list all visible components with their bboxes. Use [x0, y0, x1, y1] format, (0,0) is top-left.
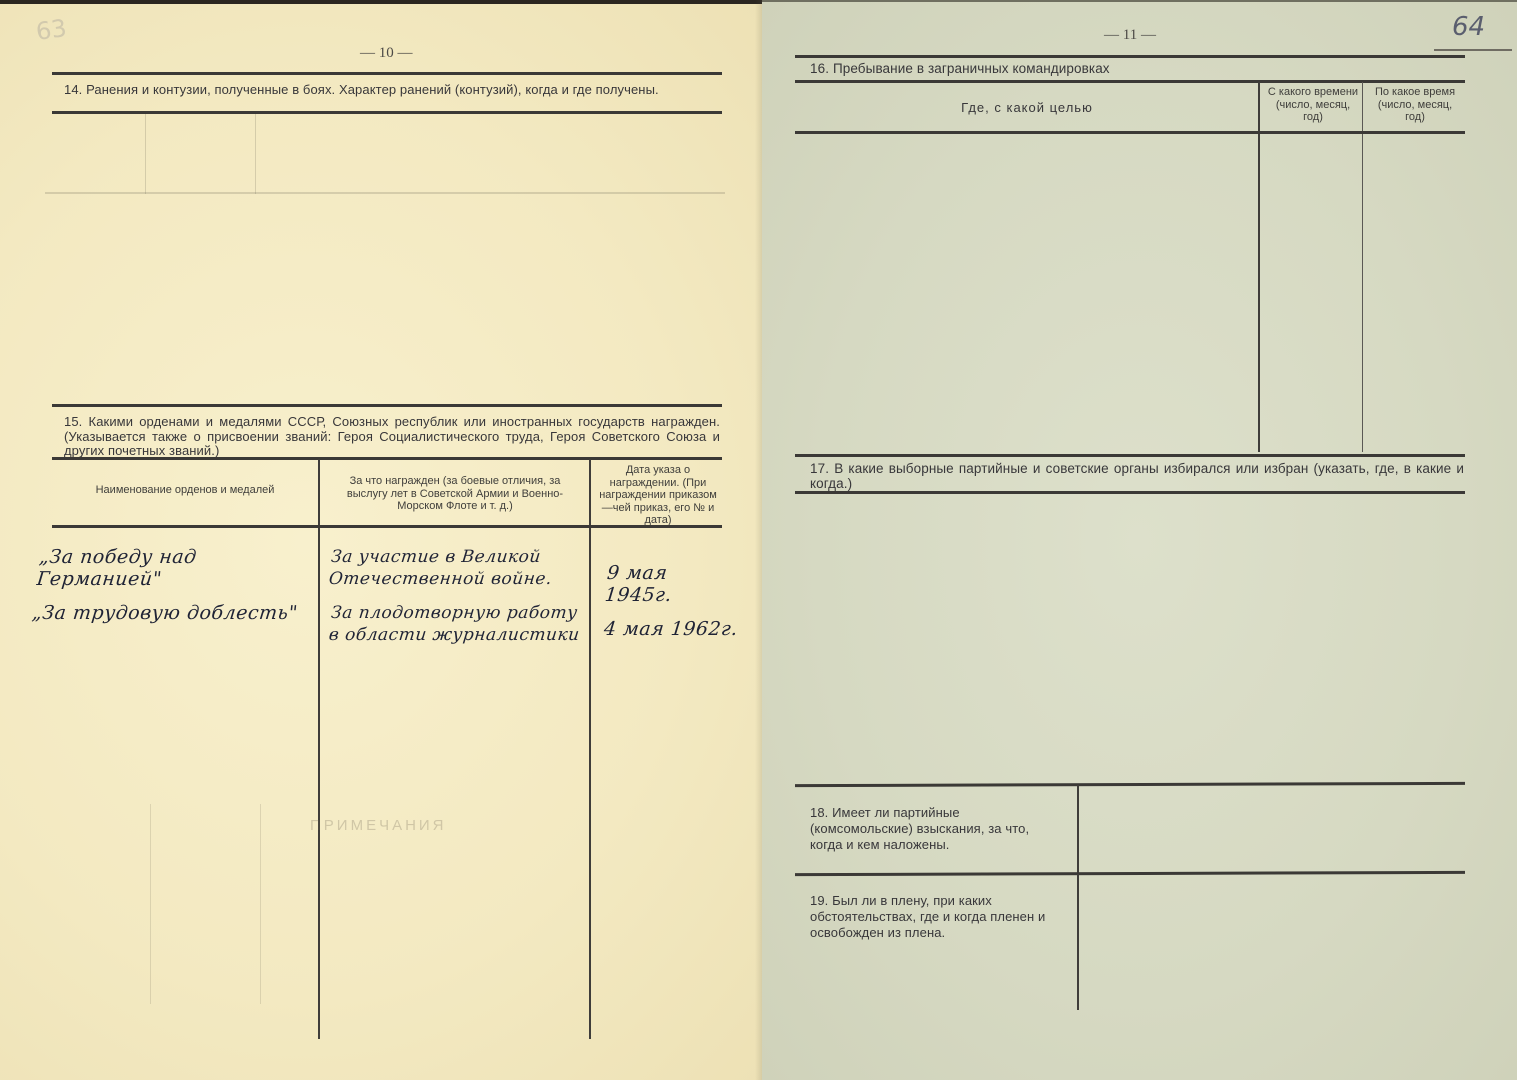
corner-rule [1434, 49, 1512, 51]
table-top-rule [795, 80, 1465, 83]
faint-vline [255, 114, 256, 194]
section-18-question: 18. Имеет ли партийные (комсомольские) в… [810, 805, 1065, 853]
section-17-answer-area [795, 497, 1465, 777]
bleed-through-table [60, 139, 710, 199]
section-text: Ранения и контузии, полученные в боях. Х… [86, 82, 659, 97]
divider [52, 111, 722, 114]
section-text: Пребывание в заграничных командировках [833, 61, 1110, 76]
section-text: Имеет ли партийные (комсомольские) взыск… [810, 805, 1029, 852]
award-row-2-reason: За плодотворную работу в области журнали… [328, 602, 591, 646]
section-text: В какие выборные партийные и советские о… [810, 461, 1464, 491]
column-header-from-date: С какого времени (число, месяц, год) [1267, 86, 1359, 124]
column-header-award-name: Наименование орденов и медалей [60, 484, 310, 497]
divider [795, 55, 1465, 58]
page-number: — 11 — [1104, 27, 1156, 44]
column-header-reason: За что награжден (за боевые отличия, за … [330, 475, 580, 513]
left-page-10: 63 — 10 — 14. Ранения и контузии, получе… [0, 0, 762, 1080]
award-row-1-name: „За победу над Германией" [36, 546, 321, 590]
column-divider [1362, 82, 1363, 452]
table-header-rule [795, 131, 1465, 134]
page-number: — 10 — [360, 45, 413, 62]
archive-page-number: 64 [1452, 12, 1485, 42]
section-text: Был ли в плену, при каких обстоятельства… [810, 893, 1045, 940]
award-row-2-date: 4 мая 1962г. [603, 618, 745, 640]
section-16-question: 16. Пребывание в заграничных командировк… [810, 61, 1460, 76]
section-number: 17. [810, 461, 829, 476]
table-header-rule [52, 525, 722, 528]
section-14-question: 14. Ранения и контузии, полученные в боя… [64, 83, 714, 98]
section-15-question: 15. Какими орденами и медалями СССР, Сою… [64, 415, 720, 459]
faint-rule [45, 192, 725, 194]
award-row-2-name: „За трудовую доблесть" [31, 602, 318, 624]
award-row-1-date: 9 мая 1945г. [604, 562, 739, 606]
section-text: Какими орденами и медалями СССР, Союзных… [64, 414, 720, 458]
column-header-decree-date: Дата указа о награждении. (При награжден… [598, 464, 718, 527]
section-19-answer-area [1082, 877, 1462, 1007]
section-number: 15. [64, 414, 82, 429]
section-number: 14. [64, 82, 82, 97]
divider [795, 871, 1465, 876]
column-header-to-date: По какое время (число, месяц, год) [1368, 86, 1462, 124]
section-17-question: 17. В какие выборные партийные и советск… [810, 461, 1464, 491]
column-divider [1077, 874, 1079, 1010]
ghost-page-number: 63 [34, 14, 68, 46]
award-row-1-reason: За участие в Великой Отечественной войне… [328, 546, 591, 590]
table-top-rule [52, 457, 722, 460]
column-divider [1258, 82, 1260, 452]
divider [52, 72, 722, 75]
section-number: 19. [810, 893, 828, 908]
faint-vline [150, 804, 151, 1004]
bleed-through-notes-title: ПРИМЕЧАНИЯ [310, 817, 447, 834]
divider [795, 491, 1465, 494]
faint-vline [145, 114, 146, 194]
section-number: 16. [810, 61, 829, 76]
column-header-where-purpose: Где, с какой целью [802, 100, 1252, 115]
faint-vline [260, 804, 261, 1004]
column-divider [1077, 785, 1079, 873]
section-19-question: 19. Был ли в плену, при каких обстоятель… [810, 893, 1065, 941]
section-number: 18. [810, 805, 828, 820]
section-18-answer-area [1082, 787, 1462, 872]
divider [795, 454, 1465, 457]
divider [52, 404, 722, 407]
right-page-11: — 11 — 64 16. Пребывание в заграничных к… [762, 0, 1517, 1080]
